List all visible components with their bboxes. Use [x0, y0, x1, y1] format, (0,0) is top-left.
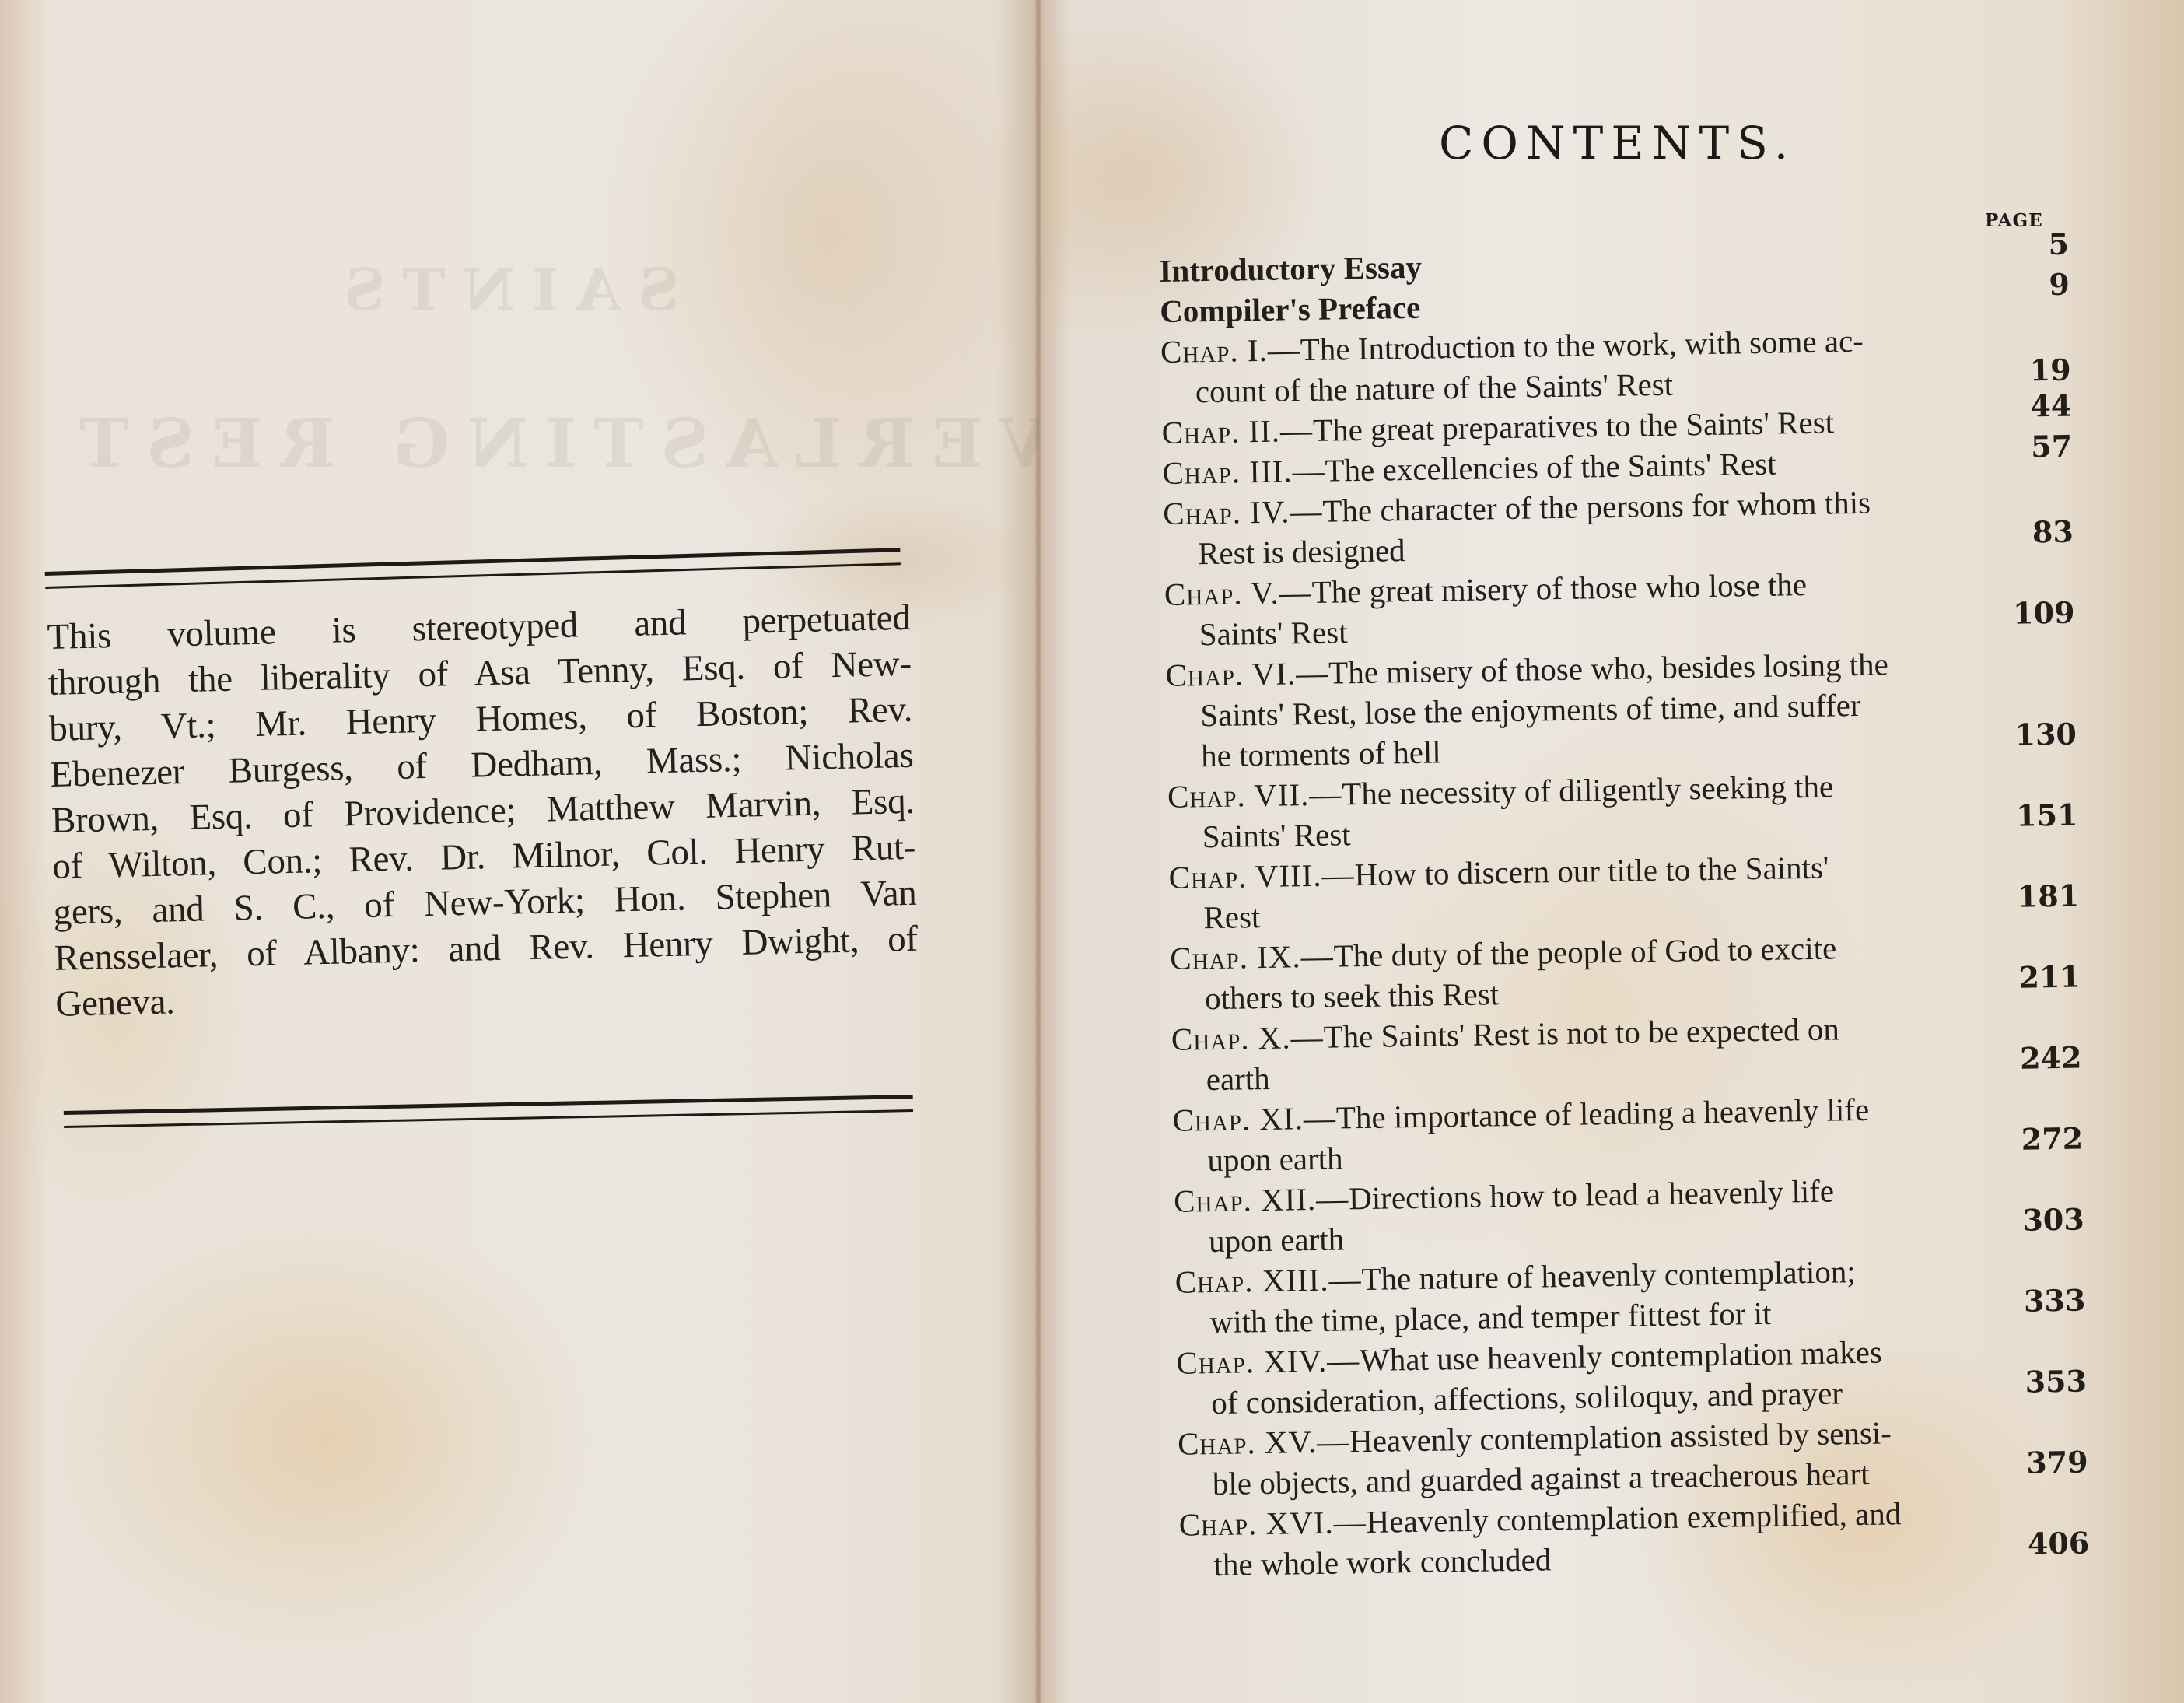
- toc-entry-text: The duty of the people of God to excite: [1333, 930, 1836, 973]
- page-number: 353: [2025, 1361, 2087, 1402]
- page-number: 272: [2021, 1118, 2083, 1159]
- chapter-label: Chap. X.—: [1171, 1019, 1324, 1057]
- toc-entry-text: The nature of heavenly contemplation;: [1361, 1253, 1856, 1297]
- page-number: 151: [2016, 795, 2078, 836]
- toc-entry: Chap. XIV.—What use heavenly contemplati…: [1176, 1328, 2118, 1424]
- bottom-decorative-rule: [64, 1095, 913, 1128]
- toc-entry-text: The misery of those who, besides losing …: [1328, 646, 1888, 690]
- toc-entry-text: Heavenly contemplation exemplified, and: [1366, 1495, 1901, 1540]
- toc-entry-text: Saints' Rest: [1202, 816, 1350, 854]
- toc-entry: Chap. VIII.—How to discern our title to …: [1168, 843, 2110, 938]
- toc-entry-text: Introductory Essay: [1159, 249, 1422, 289]
- toc-entry-text: The excellencies of the Saints' Rest: [1325, 446, 1776, 489]
- chapter-label: Chap. VI.—: [1165, 655, 1328, 693]
- toc-entry-text: upon earth: [1207, 1140, 1343, 1178]
- toc-entry: Chap. I.—The Introduction to the work, w…: [1160, 317, 2102, 412]
- page-number: 19: [2029, 350, 2071, 391]
- page-number: 130: [2014, 714, 2077, 755]
- toc-entry-text: he torments of hell: [1201, 734, 1441, 773]
- toc-entry-text: count of the nature of the Saints' Rest: [1195, 366, 1673, 410]
- page-number: 5: [2048, 224, 2069, 265]
- toc-entry-text: earth: [1206, 1060, 1270, 1097]
- toc-entry-text: Directions how to lead a heavenly life: [1349, 1173, 1835, 1217]
- toc-entry-text: Heavenly contemplation assisted by sensi…: [1349, 1414, 1892, 1459]
- toc-entry: Chap. XV.—Heavenly contemplation assiste…: [1178, 1409, 2119, 1505]
- toc-entry-text: The great misery of those who lose the: [1311, 566, 1807, 610]
- page-number: 83: [2032, 512, 2074, 553]
- chapter-label: Chap. IX.—: [1170, 938, 1334, 976]
- toc-entry-text: The great preparatives to the Saints' Re…: [1313, 404, 1835, 448]
- chapter-label: Chap. V.—: [1164, 574, 1312, 612]
- toc-entry-text: others to seek this Rest: [1205, 976, 1500, 1016]
- toc-entry: Chap. XVI.—Heavenly contemplation exempl…: [1178, 1490, 2120, 1586]
- page-number: 333: [2024, 1280, 2086, 1321]
- toc-entry: Chap. XIII.—The nature of heavenly conte…: [1174, 1247, 2116, 1343]
- chapter-label: Chap. XV.—: [1178, 1423, 1350, 1461]
- chapter-label: Chap. XI.—: [1172, 1100, 1336, 1138]
- page-number: 211: [2018, 957, 2081, 998]
- dedication-paragraph: This volume is stereotyped and perpetuat…: [47, 595, 919, 1028]
- toc-entry-text: Saints' Rest, lose the enjoyments of tim…: [1200, 687, 1861, 733]
- toc-entry: Chap. XI.—The importance of leading a he…: [1172, 1085, 2114, 1181]
- toc-entry: Chap. IX.—The duty of the people of God …: [1170, 923, 2112, 1019]
- toc-entry-text: with the time, place, and temper fittest…: [1209, 1295, 1771, 1340]
- toc-entry-text: upon earth: [1209, 1221, 1345, 1259]
- toc-entry-text: the whole work concluded: [1213, 1541, 1551, 1582]
- chapter-label: Chap. VII.—: [1167, 776, 1342, 815]
- toc-entry: Chap. IV.—The character of the persons f…: [1163, 478, 2105, 574]
- toc-entry: Chap. V.—The great misery of those who l…: [1164, 559, 2106, 655]
- toc-entry-text: The character of the persons for whom th…: [1322, 485, 1871, 529]
- page-number: 44: [2030, 386, 2072, 427]
- toc-entry: Chap. XII.—Directions how to lead a heav…: [1174, 1166, 2116, 1262]
- table-of-contents: Introductory Essay5Compiler's Preface9Ch…: [1159, 236, 2121, 1586]
- page-number: 242: [2020, 1037, 2082, 1078]
- toc-entry-text: How to discern our title to the Saints': [1354, 850, 1829, 893]
- toc-entry-text: What use heavenly contemplation makes: [1360, 1334, 1882, 1379]
- toc-entry-text: Rest: [1203, 899, 1261, 935]
- top-decorative-rule: [45, 548, 901, 589]
- page-column-header: PAGE: [1985, 210, 2043, 231]
- left-page: SAINTS EVERLASTING REST This volume is s…: [0, 0, 1039, 1703]
- page-number: 379: [2026, 1442, 2088, 1483]
- chapter-label: Chap. XVI.—: [1178, 1504, 1367, 1543]
- chapter-label: Chap. IV.—: [1163, 493, 1323, 531]
- toc-entry: Chap. VII.—The necessity of diligently s…: [1167, 762, 2109, 857]
- bleed-through-text-1: SAINTS: [327, 257, 680, 324]
- toc-entry-text: Saints' Rest: [1199, 614, 1347, 652]
- bleed-through-text-2: EVERLASTING REST: [62, 405, 1120, 483]
- toc-entry-text: Compiler's Preface: [1160, 289, 1421, 329]
- chapter-label: Chap. II.—: [1161, 412, 1313, 450]
- page-number: 181: [2017, 876, 2079, 917]
- page-number: 57: [2031, 426, 2073, 468]
- page-number: 406: [2028, 1523, 2090, 1564]
- toc-entry: Chap. X.—The Saints' Rest is not to be e…: [1171, 1004, 2113, 1100]
- toc-entry-text: Rest is designed: [1198, 532, 1405, 571]
- toc-entry-text: The importance of leading a heavenly lif…: [1336, 1092, 1870, 1136]
- chapter-label: Chap. III.—: [1162, 453, 1325, 491]
- page-number: 303: [2022, 1199, 2084, 1240]
- toc-entry-text: The necessity of diligently seeking the: [1342, 768, 1834, 811]
- book-gutter: [1034, 0, 1042, 1703]
- chapter-label: Chap. XIII.—: [1174, 1261, 1361, 1300]
- page-number: 109: [2013, 593, 2075, 634]
- chapter-label: Chap. XII.—: [1174, 1180, 1349, 1219]
- page-number: 9: [2049, 265, 2070, 305]
- chapter-label: Chap. VIII.—: [1168, 857, 1355, 895]
- chapter-label: Chap. I.—: [1160, 331, 1300, 370]
- toc-entry-text: The Saints' Rest is not to be expected o…: [1323, 1011, 1839, 1054]
- chapter-label: Chap. XIV.—: [1176, 1342, 1360, 1381]
- contents-title: CONTENTS.: [1439, 117, 1796, 170]
- toc-entry-text: The Introduction to the work, with some …: [1300, 323, 1864, 367]
- toc-entry: Chap. VI.—The misery of those who, besid…: [1165, 640, 2108, 776]
